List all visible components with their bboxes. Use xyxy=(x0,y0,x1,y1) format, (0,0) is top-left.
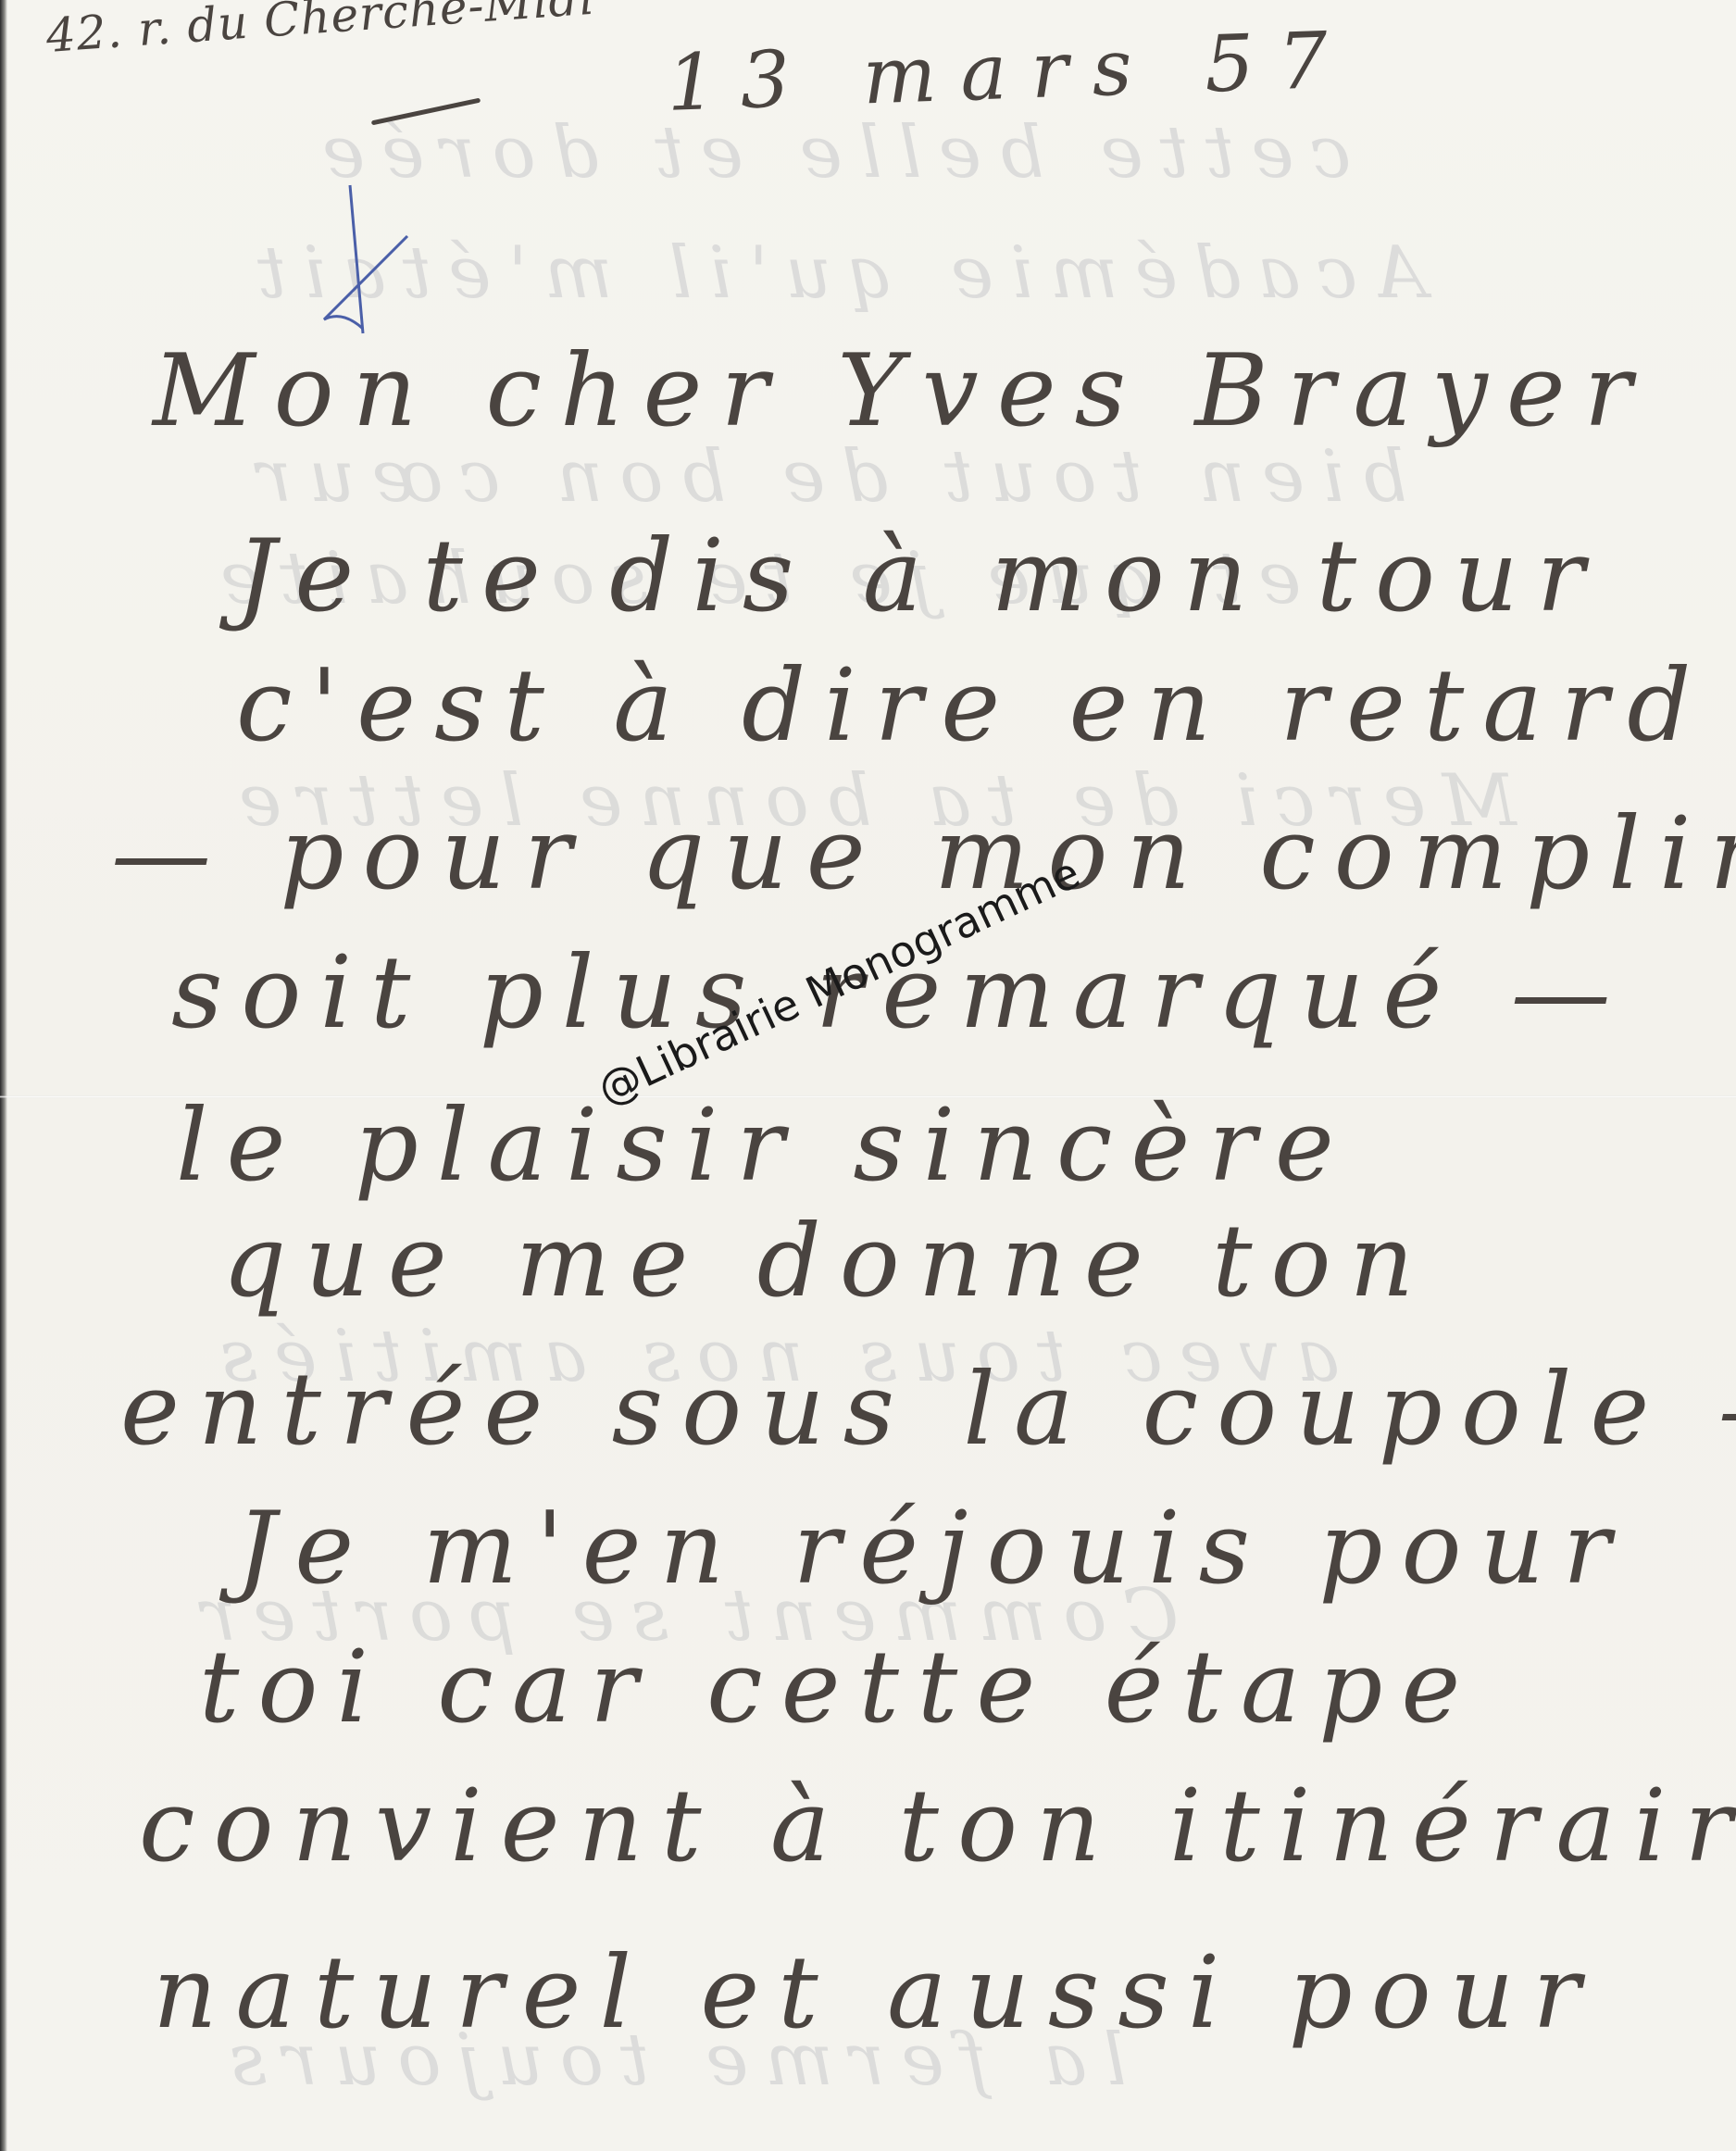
salutation: Mon cher Yves Brayer xyxy=(153,333,1650,449)
bleed-through-text: Académie qu'il m'était xyxy=(241,231,1426,315)
scan-edge xyxy=(0,0,7,2151)
letter-line: Je te dis à mon tour xyxy=(236,519,1603,634)
letter-line: convient à ton itinéraire xyxy=(139,1769,1736,1884)
letter-line: entrée sous la coupole — xyxy=(120,1352,1736,1468)
blue-check-mark-icon xyxy=(306,181,417,338)
letter-line: — pour que mon compliment xyxy=(111,796,1736,912)
letter-line: le plaisir sincère xyxy=(176,1088,1353,1204)
letter-page: cette belle et dorée Académie qu'il m'ét… xyxy=(0,0,1736,2151)
letter-line: naturel et aussi pour xyxy=(153,1935,1599,2051)
bleed-through-text: cette belle et dorée xyxy=(306,111,1351,194)
letter-line: Je m'en réjouis pour xyxy=(236,1491,1630,1607)
sender-address: 42. r. du Cherche-Midi xyxy=(44,0,596,63)
letter-line: c'est à dire en retard xyxy=(236,648,1709,764)
letter-line: que me donne ton xyxy=(222,1204,1432,1319)
letter-line: toi car cette étape xyxy=(199,1630,1479,1745)
